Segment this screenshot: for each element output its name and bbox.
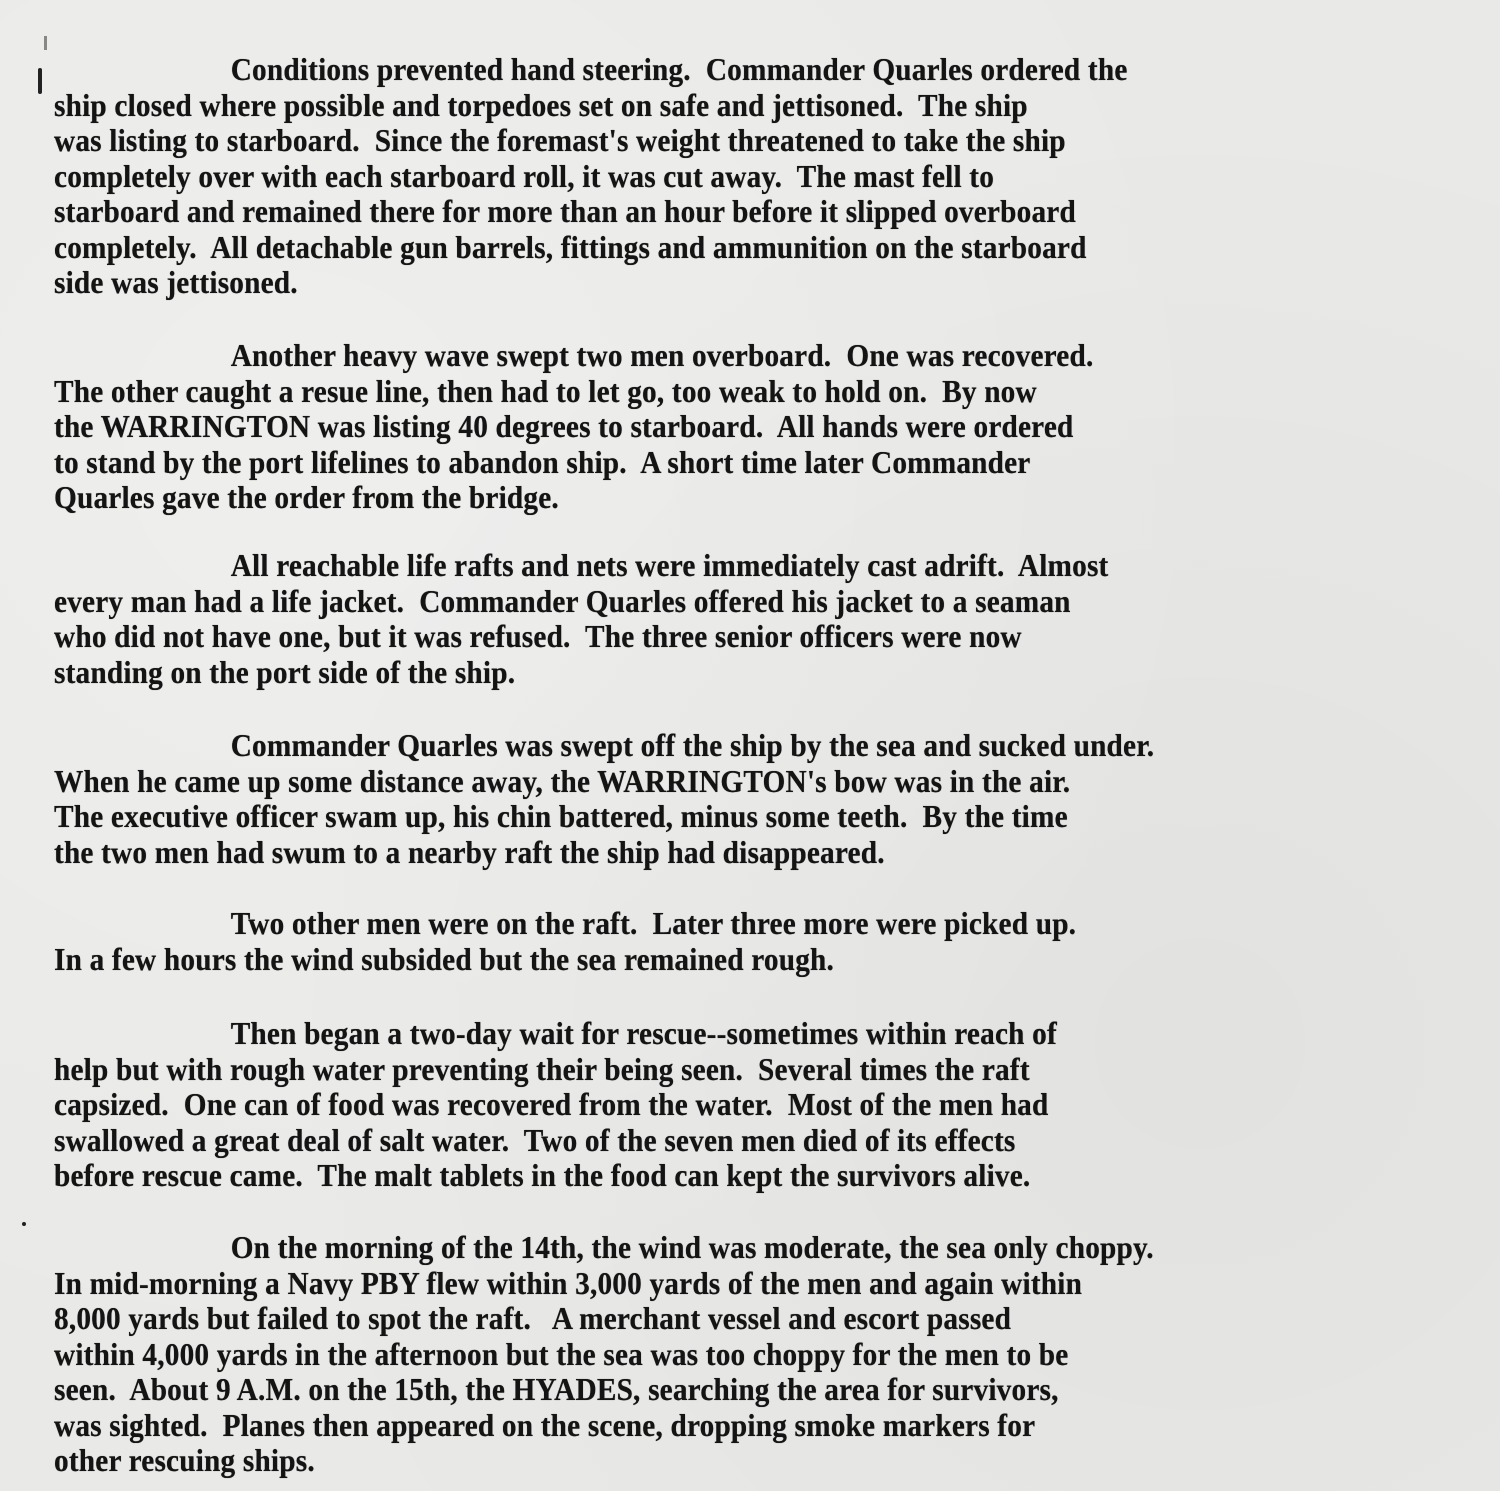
text-line: In a few hours the wind subsided but the… [54,942,1384,978]
paragraph-waiting-for-rescue: Then began a two-day wait for rescue--so… [54,1016,1384,1194]
text-line: every man had a life jacket. Commander Q… [54,584,1384,620]
text-line: the two men had swum to a nearby raft th… [54,835,1384,871]
text-line: Then began a two-day wait for rescue--so… [54,1016,1384,1052]
text-line: side was jettisoned. [54,265,1384,301]
scan-artifact-mark [38,68,42,94]
paragraph-ship-sinks: Commander Quarles was swept off the ship… [54,728,1384,870]
text-line: Conditions prevented hand steering. Comm… [54,52,1384,88]
text-line: When he came up some distance away, the … [54,764,1384,800]
text-line: within 4,000 yards in the afternoon but … [54,1337,1384,1373]
text-line: ship closed where possible and torpedoes… [54,88,1384,124]
text-line: who did not have one, but it was refused… [54,619,1384,655]
text-line: other rescuing ships. [54,1443,1384,1479]
text-line: was sighted. Planes then appeared on the… [54,1408,1384,1444]
paragraph-life-rafts: All reachable life rafts and nets were i… [54,548,1384,690]
text-line: standing on the port side of the ship. [54,655,1384,691]
typewritten-page: Conditions prevented hand steering. Comm… [0,0,1500,1491]
text-line: starboard and remained there for more th… [54,194,1384,230]
paragraph-raft-survivors: Two other men were on the raft. Later th… [54,906,1384,977]
scan-artifact-mark [44,36,47,50]
text-line: completely over with each starboard roll… [54,159,1384,195]
scan-artifact-dot [22,1222,26,1226]
text-line: Another heavy wave swept two men overboa… [54,338,1384,374]
paragraph-rescue: On the morning of the 14th, the wind was… [54,1230,1384,1479]
text-line: On the morning of the 14th, the wind was… [54,1230,1384,1266]
text-line: seen. About 9 A.M. on the 15th, the HYAD… [54,1372,1384,1408]
text-line: the WARRINGTON was listing 40 degrees to… [54,409,1384,445]
paragraph-abandon-ship-order: Another heavy wave swept two men overboa… [54,338,1384,516]
text-line: In mid-morning a Navy PBY flew within 3,… [54,1266,1384,1302]
text-line: completely. All detachable gun barrels, … [54,230,1384,266]
text-line: All reachable life rafts and nets were i… [54,548,1384,584]
text-line: 8,000 yards but failed to spot the raft.… [54,1301,1384,1337]
text-line: Commander Quarles was swept off the ship… [54,728,1384,764]
text-line: The other caught a resue line, then had … [54,374,1384,410]
text-line: swallowed a great deal of salt water. Tw… [54,1123,1384,1159]
text-line: help but with rough water preventing the… [54,1052,1384,1088]
text-line: The executive officer swam up, his chin … [54,799,1384,835]
text-line: Two other men were on the raft. Later th… [54,906,1384,942]
text-line: capsized. One can of food was recovered … [54,1087,1384,1123]
paragraph-steering-and-jettison: Conditions prevented hand steering. Comm… [54,52,1384,301]
text-line: to stand by the port lifelines to abando… [54,445,1384,481]
text-line: was listing to starboard. Since the fore… [54,123,1384,159]
text-line: before rescue came. The malt tablets in … [54,1158,1384,1194]
text-line: Quarles gave the order from the bridge. [54,480,1384,516]
